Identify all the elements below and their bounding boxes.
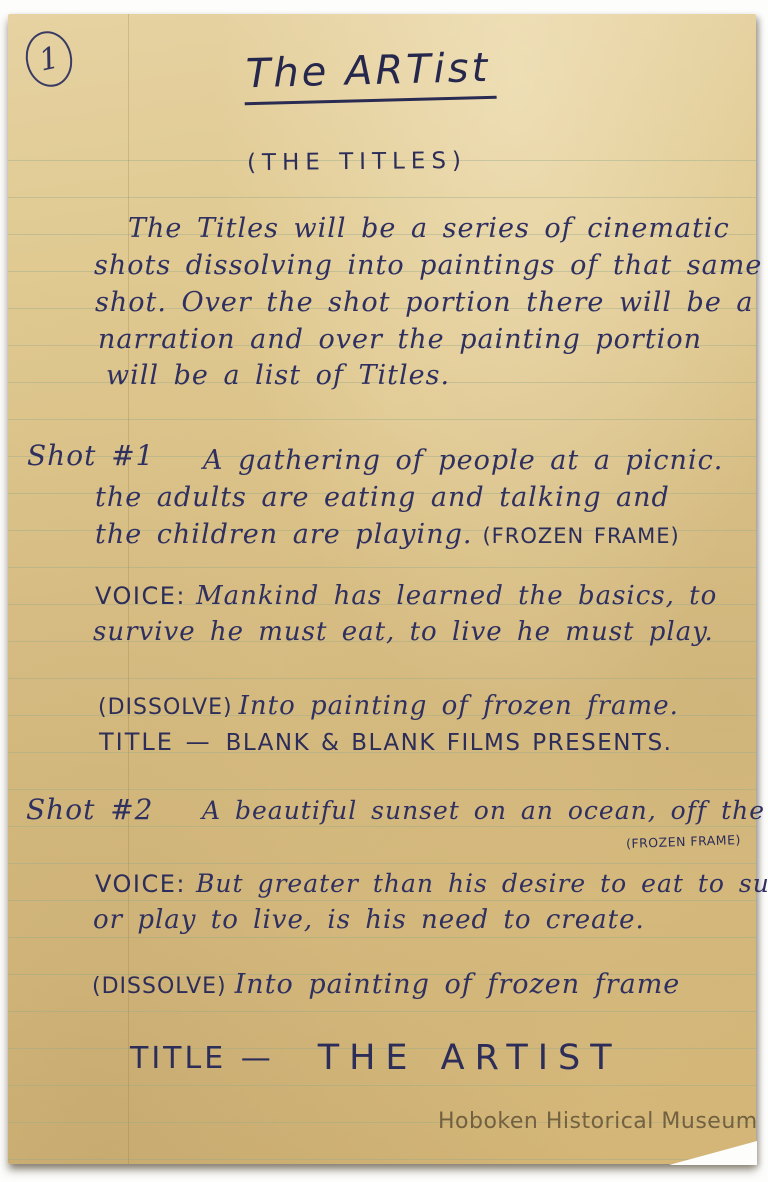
shot2-dissolve-text: Into painting of frozen frame <box>235 969 681 1000</box>
intro-line: The Titles will be a series of cinematic <box>128 214 730 244</box>
shot2-label: Shot #2 <box>26 795 154 826</box>
voice-label: VOICE: <box>95 582 186 610</box>
shot2-title-line: TITLE — THE ARTIST <box>130 1038 622 1078</box>
scanned-document: 1 The ARTist (THE TITLES) The Titles wil… <box>0 0 768 1182</box>
shot1-voice-line: survive he must eat, to live he must pla… <box>93 618 714 647</box>
shot1-voice-line: VOICE: Mankind has learned the basics, t… <box>95 581 717 611</box>
shot2-dissolve-line: (DISSOLVE) Into painting of frozen frame <box>92 969 680 1000</box>
shot2-voice-line: VOICE: But greater than his desire to ea… <box>95 869 768 898</box>
shot2-voice-text: But greater than his desire to eat to su… <box>196 869 768 898</box>
page-number: 1 <box>36 40 62 78</box>
voice-label: VOICE: <box>95 870 186 898</box>
shot1-label: Shot #1 <box>27 441 155 472</box>
intro-line: shots dissolving into paintings of that … <box>94 251 762 281</box>
shot1-dissolve-text: Into painting of frozen frame. <box>239 691 679 721</box>
intro-line: narration and over the painting portion <box>98 325 702 355</box>
shot2-voice-line: or play to live, is his need to create. <box>93 906 645 935</box>
dissolve-label: (DISSOLVE) <box>92 974 227 999</box>
shot1-voice-text: Mankind has learned the basics, to <box>196 581 717 611</box>
shot1-title-line: TITLE — BLANK & BLANK FILMS PRESENTS. <box>99 728 672 756</box>
shot1-description-line: the adults are eating and talking and <box>95 483 670 513</box>
shot1-dissolve-line: (DISSOLVE) Into painting of frozen frame… <box>98 691 679 721</box>
shot1-description-line: A gathering of people at a picnic. <box>203 446 723 476</box>
document-subtitle: (THE TITLES) <box>247 148 467 176</box>
intro-line: shot. Over the shot portion there will b… <box>95 288 754 318</box>
document-title: The ARTist <box>243 45 497 106</box>
shot1-description-text: the children are playing. <box>95 519 472 550</box>
shot1-frozen-frame-note: (FROZEN FRAME) <box>482 524 679 548</box>
dissolve-label: (DISSOLVE) <box>98 695 233 720</box>
shot1-description-line: the children are playing. (FROZEN FRAME) <box>95 519 680 550</box>
shot1-title-text: BLANK & BLANK FILMS PRESENTS. <box>226 730 673 756</box>
museum-watermark: Hoboken Historical Museum <box>438 1109 758 1134</box>
shot2-title-text: THE ARTIST <box>318 1038 622 1078</box>
intro-line: will be a list of Titles. <box>106 361 450 391</box>
shot2-description-line: A beautiful sunset on an ocean, off the … <box>202 797 768 825</box>
title-label: TITLE — <box>99 728 212 756</box>
title-label: TITLE — <box>130 1041 274 1076</box>
